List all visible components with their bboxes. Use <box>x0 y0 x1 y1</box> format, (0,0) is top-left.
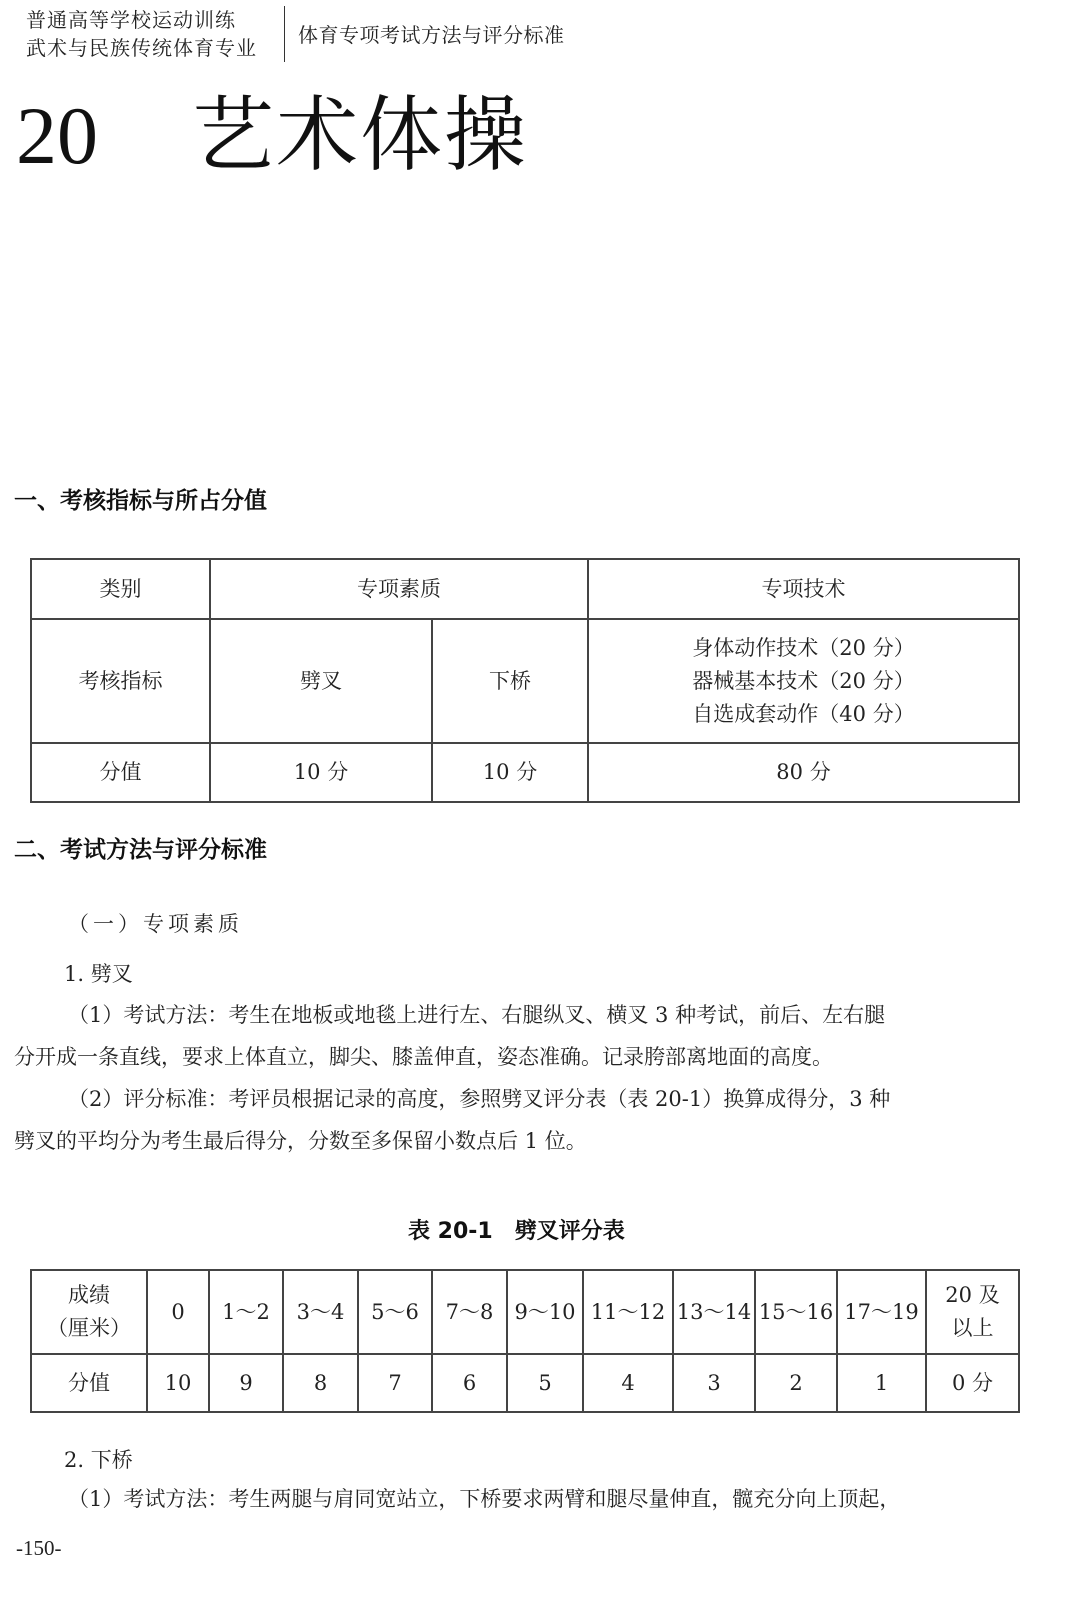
row-label-points: 分值 <box>31 1354 147 1412</box>
bridge-method-line1: （1）考试方法：考生两腿与肩同宽站立，下桥要求两臂和腿尽量伸直，髋充分向上顶起， <box>68 1478 1072 1520</box>
table-row-points: 分值 10 9 8 7 6 5 4 3 2 1 0 分 <box>31 1354 1019 1412</box>
section-heading-methods: 二、考试方法与评分标准 <box>14 835 267 865</box>
range-cell: 15～16 <box>755 1270 837 1354</box>
header-cell-category: 类别 <box>31 559 210 619</box>
score-cell: 10 <box>147 1354 209 1412</box>
indicators-table: 类别 专项素质 专项技术 考核指标 劈叉 下桥 身体动作技术（20 分） 器械基… <box>30 558 1020 803</box>
split-scoring-line2: 劈叉的平均分为考生最后得分，分数至多保留小数点后 1 位。 <box>14 1120 1034 1162</box>
range-cell: 3～4 <box>283 1270 358 1354</box>
score-cell: 5 <box>507 1354 583 1412</box>
cell-bridge: 下桥 <box>432 619 588 743</box>
split-scoring-table: 成绩 （厘米） 0 1～2 3～4 5～6 7～8 9～10 11～12 13～… <box>30 1269 1020 1413</box>
technique-line-body: 身体动作技术（20 分） <box>589 632 1018 665</box>
running-head-book-title: 普通高等学校运动训练 武术与民族传统体育专业 <box>26 6 257 62</box>
row-label-indicators: 考核指标 <box>31 619 210 743</box>
range-cell: 0 <box>147 1270 209 1354</box>
split-scoring-line1: （2）评分标准：考评员根据记录的高度，参照劈叉评分表（表 20-1）换算成得分，… <box>14 1078 1034 1120</box>
last-range-line2: 以上 <box>927 1312 1018 1345</box>
score-cell: 0 分 <box>926 1354 1019 1412</box>
cell-bridge-score: 10 分 <box>432 743 588 802</box>
last-range-line1: 20 及 <box>927 1279 1018 1312</box>
score-cell: 9 <box>209 1354 283 1412</box>
chapter-number: 20 <box>16 86 98 186</box>
technique-line-apparatus: 器械基本技术（20 分） <box>589 665 1018 698</box>
results-label-line1: 成绩 <box>32 1279 146 1312</box>
score-cell: 6 <box>432 1354 507 1412</box>
technique-line-routine: 自选成套动作（40 分） <box>589 698 1018 731</box>
score-cell: 7 <box>358 1354 432 1412</box>
running-head-line2: 武术与民族传统体育专业 <box>26 34 257 62</box>
section-heading-indicators: 一、考核指标与所占分值 <box>14 486 267 516</box>
table-caption-split: 表 20-1 劈叉评分表 <box>408 1214 625 1245</box>
range-cell: 13～14 <box>673 1270 755 1354</box>
running-head-section-title: 体育专项考试方法与评分标准 <box>298 19 565 48</box>
page-number: -150- <box>16 1536 62 1561</box>
score-cell: 2 <box>755 1354 837 1412</box>
table-row-scores: 分值 10 分 10 分 80 分 <box>31 743 1019 802</box>
item-title-bridge: 2. 下桥 <box>64 1444 133 1474</box>
cell-split: 劈叉 <box>210 619 432 743</box>
score-cell: 4 <box>583 1354 673 1412</box>
cell-technique-score: 80 分 <box>588 743 1019 802</box>
cell-split-score: 10 分 <box>210 743 432 802</box>
running-head-line1: 普通高等学校运动训练 <box>26 6 257 34</box>
table-row-indicators: 考核指标 劈叉 下桥 身体动作技术（20 分） 器械基本技术（20 分） 自选成… <box>31 619 1019 743</box>
row-label-scores: 分值 <box>31 743 210 802</box>
range-cell: 1～2 <box>209 1270 283 1354</box>
header-cell-fitness: 专项素质 <box>210 559 588 619</box>
results-label-line2: （厘米） <box>32 1312 146 1345</box>
row-label-results: 成绩 （厘米） <box>31 1270 147 1354</box>
split-method-paragraph: （1）考试方法：考生在地板或地毯上进行左、右腿纵叉、横叉 3 种考试，前后、左右… <box>14 994 1034 1162</box>
range-cell-last: 20 及 以上 <box>926 1270 1019 1354</box>
range-cell: 11～12 <box>583 1270 673 1354</box>
range-cell: 9～10 <box>507 1270 583 1354</box>
score-cell: 8 <box>283 1354 358 1412</box>
cell-technique-list: 身体动作技术（20 分） 器械基本技术（20 分） 自选成套动作（40 分） <box>588 619 1019 743</box>
running-head-divider <box>284 6 285 62</box>
header-cell-technique: 专项技术 <box>588 559 1019 619</box>
table-row-results: 成绩 （厘米） 0 1～2 3～4 5～6 7～8 9～10 11～12 13～… <box>31 1270 1019 1354</box>
score-cell: 1 <box>837 1354 926 1412</box>
range-cell: 17～19 <box>837 1270 926 1354</box>
split-method-line1: （1）考试方法：考生在地板或地毯上进行左、右腿纵叉、横叉 3 种考试，前后、左右… <box>14 994 1034 1036</box>
range-cell: 7～8 <box>432 1270 507 1354</box>
table-row-header: 类别 专项素质 专项技术 <box>31 559 1019 619</box>
split-method-line2: 分开成一条直线，要求上体直立，脚尖、膝盖伸直，姿态准确。记录胯部离地面的高度。 <box>14 1036 1034 1078</box>
score-cell: 3 <box>673 1354 755 1412</box>
subsection-heading-fitness: （一）专项素质 <box>68 908 243 938</box>
chapter-title: 艺术体操 <box>192 86 528 186</box>
range-cell: 5～6 <box>358 1270 432 1354</box>
item-title-split: 1. 劈叉 <box>64 958 133 988</box>
